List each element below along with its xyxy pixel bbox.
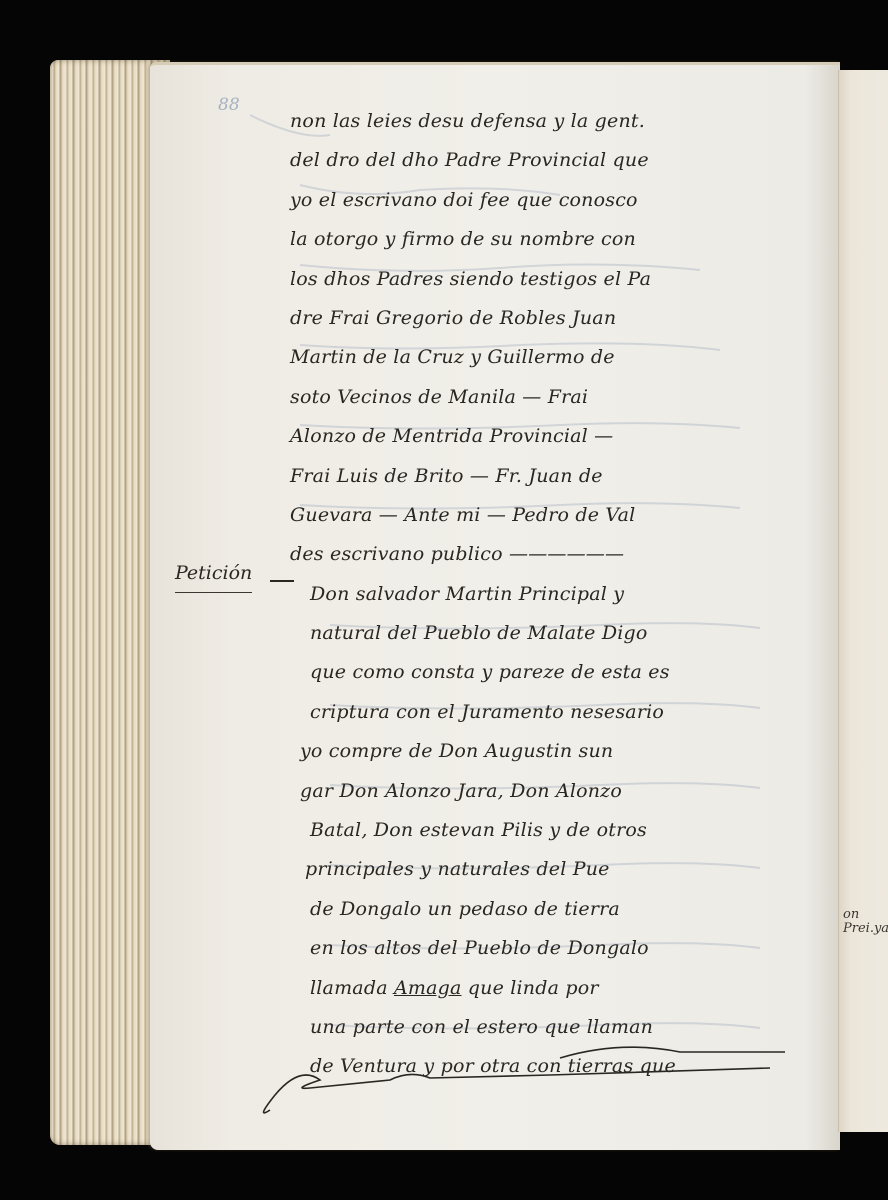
text-line: del dro del dho Padre Provincial que [290, 141, 790, 180]
text-line: de Dongalo un pedaso de tierra [310, 890, 790, 929]
text-line: Batal, Don estevan Pilis y de otros [310, 811, 790, 850]
manuscript-page-right [838, 70, 888, 1132]
text-line: yo el escrivano doi fee que conosco [290, 181, 790, 220]
text-line: una parte con el estero que llaman [310, 1008, 790, 1047]
folio-number: 88 [218, 95, 240, 115]
text-line: la otorgo y firmo de su nombre con [290, 220, 790, 259]
text-line: Don salvador Martin Principal y [310, 575, 790, 614]
text-line: yo compre de Don Augustin sun [300, 732, 790, 771]
text-line: llamada Amaga que linda por [310, 969, 790, 1008]
margin-note-peticion: Petición [175, 562, 252, 593]
right-page-note: on Prei.ya [843, 908, 888, 936]
text-line: Guevara — Ante mi — Pedro de Val [290, 496, 790, 535]
underlined-word: Amaga [394, 977, 462, 999]
text-line: natural del Pueblo de Malate Digo [310, 614, 790, 653]
manuscript-book: 88 non las leies desu defensa y la gent.… [0, 0, 888, 1200]
manuscript-text: non las leies desu defensa y la gent. de… [290, 102, 790, 1087]
text-line: en los altos del Pueblo de Dongalo [310, 929, 790, 968]
text-line: Frai Luis de Brito — Fr. Juan de [290, 457, 790, 496]
text-line: dre Frai Gregorio de Robles Juan [290, 299, 790, 338]
text-line: des escrivano publico —————— [290, 535, 790, 574]
text-line: principales y naturales del Pue [305, 850, 790, 889]
text-line: Alonzo de Mentrida Provincial — [290, 417, 790, 456]
text-line: gar Don Alonzo Jara, Don Alonzo [300, 772, 790, 811]
text-line: criptura con el Juramento nesesario [310, 693, 790, 732]
text-line: soto Vecinos de Manila — Frai [290, 378, 790, 417]
closing-flourish [250, 1060, 810, 1120]
text-line: que como consta y pareze de esta es [310, 653, 790, 692]
text-line: Martin de la Cruz y Guillermo de [290, 338, 790, 377]
text-line: los dhos Padres siendo testigos el Pa [290, 260, 790, 299]
margin-dash [270, 580, 294, 582]
text-line: non las leies desu defensa y la gent. [290, 102, 790, 141]
